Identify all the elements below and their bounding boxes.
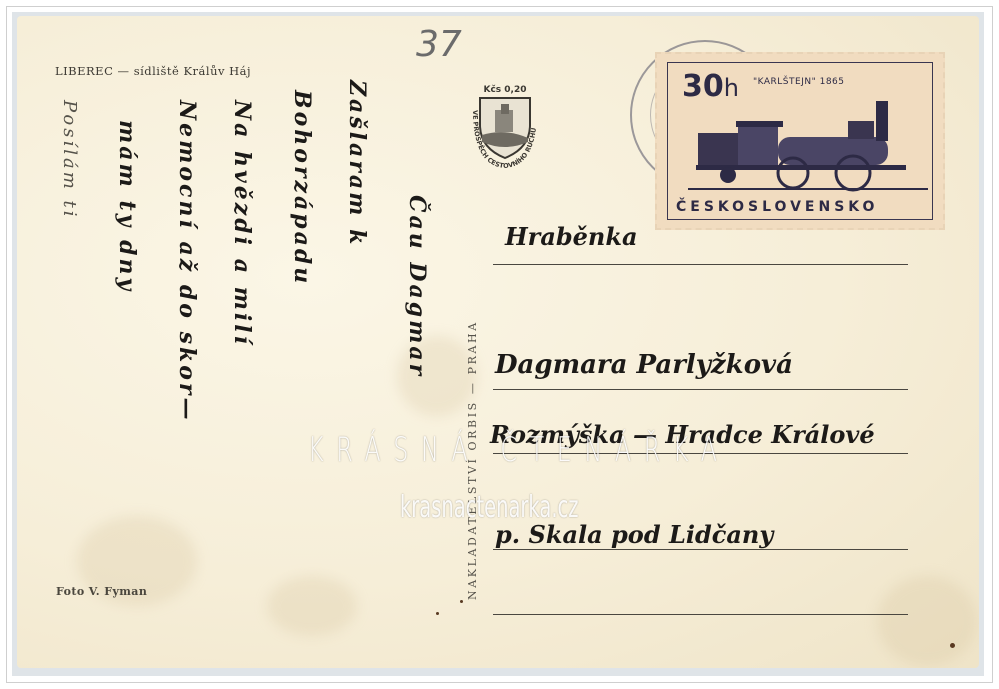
- message-column: mám ty dny: [114, 120, 140, 293]
- message-column: Zašlaram k: [344, 80, 370, 247]
- address-rule: [493, 264, 908, 265]
- stamp-border: 30h "KARLŠTEJN" 1865 ČESKOSLOVENSKO: [667, 62, 933, 220]
- steam-locomotive-icon: [688, 93, 928, 193]
- address-rule: [493, 389, 908, 390]
- address-rule: [493, 549, 908, 550]
- message-column: Čau Dagmar: [404, 195, 430, 378]
- stamp-name: "KARLŠTEJN" 1865: [753, 77, 845, 87]
- pencil-number: 37: [416, 24, 462, 65]
- watermark-title: KRÁSNÁ ČTENÁŘKA: [308, 430, 730, 470]
- stamp-country: ČESKOSLOVENSKO: [676, 199, 878, 215]
- address-rule: [493, 614, 908, 615]
- address-line-1: Hraběnka: [505, 222, 638, 251]
- svg-text:Kčs 0,20: Kčs 0,20: [483, 84, 526, 95]
- address-line-2: Dagmara Parlyžková: [495, 350, 793, 380]
- message-column-faint: Posílám ti: [59, 100, 80, 219]
- caption: LIBEREC — sídliště Králův Háj: [55, 64, 251, 78]
- photo-credit: Foto V. Fyman: [56, 585, 147, 598]
- castle-shield-icon: Kčs 0,20 VE PROSPĚCH CESTOVNÍHO RUCHU: [455, 80, 555, 170]
- watermark-url: krasnactenarka.cz: [400, 490, 578, 525]
- stain: [267, 576, 357, 636]
- message-column: Nemocní až do skor—: [174, 100, 200, 422]
- stain: [877, 576, 977, 666]
- message-column: Bohorzápadu: [289, 90, 315, 286]
- ink-spot: [950, 643, 955, 648]
- message-column: Na hvězdi a milí: [229, 100, 255, 347]
- ink-spot: [460, 600, 463, 603]
- postage-stamp: 30h "KARLŠTEJN" 1865 ČESKOSLOVENSKO: [655, 52, 945, 230]
- ink-spot: [436, 612, 439, 615]
